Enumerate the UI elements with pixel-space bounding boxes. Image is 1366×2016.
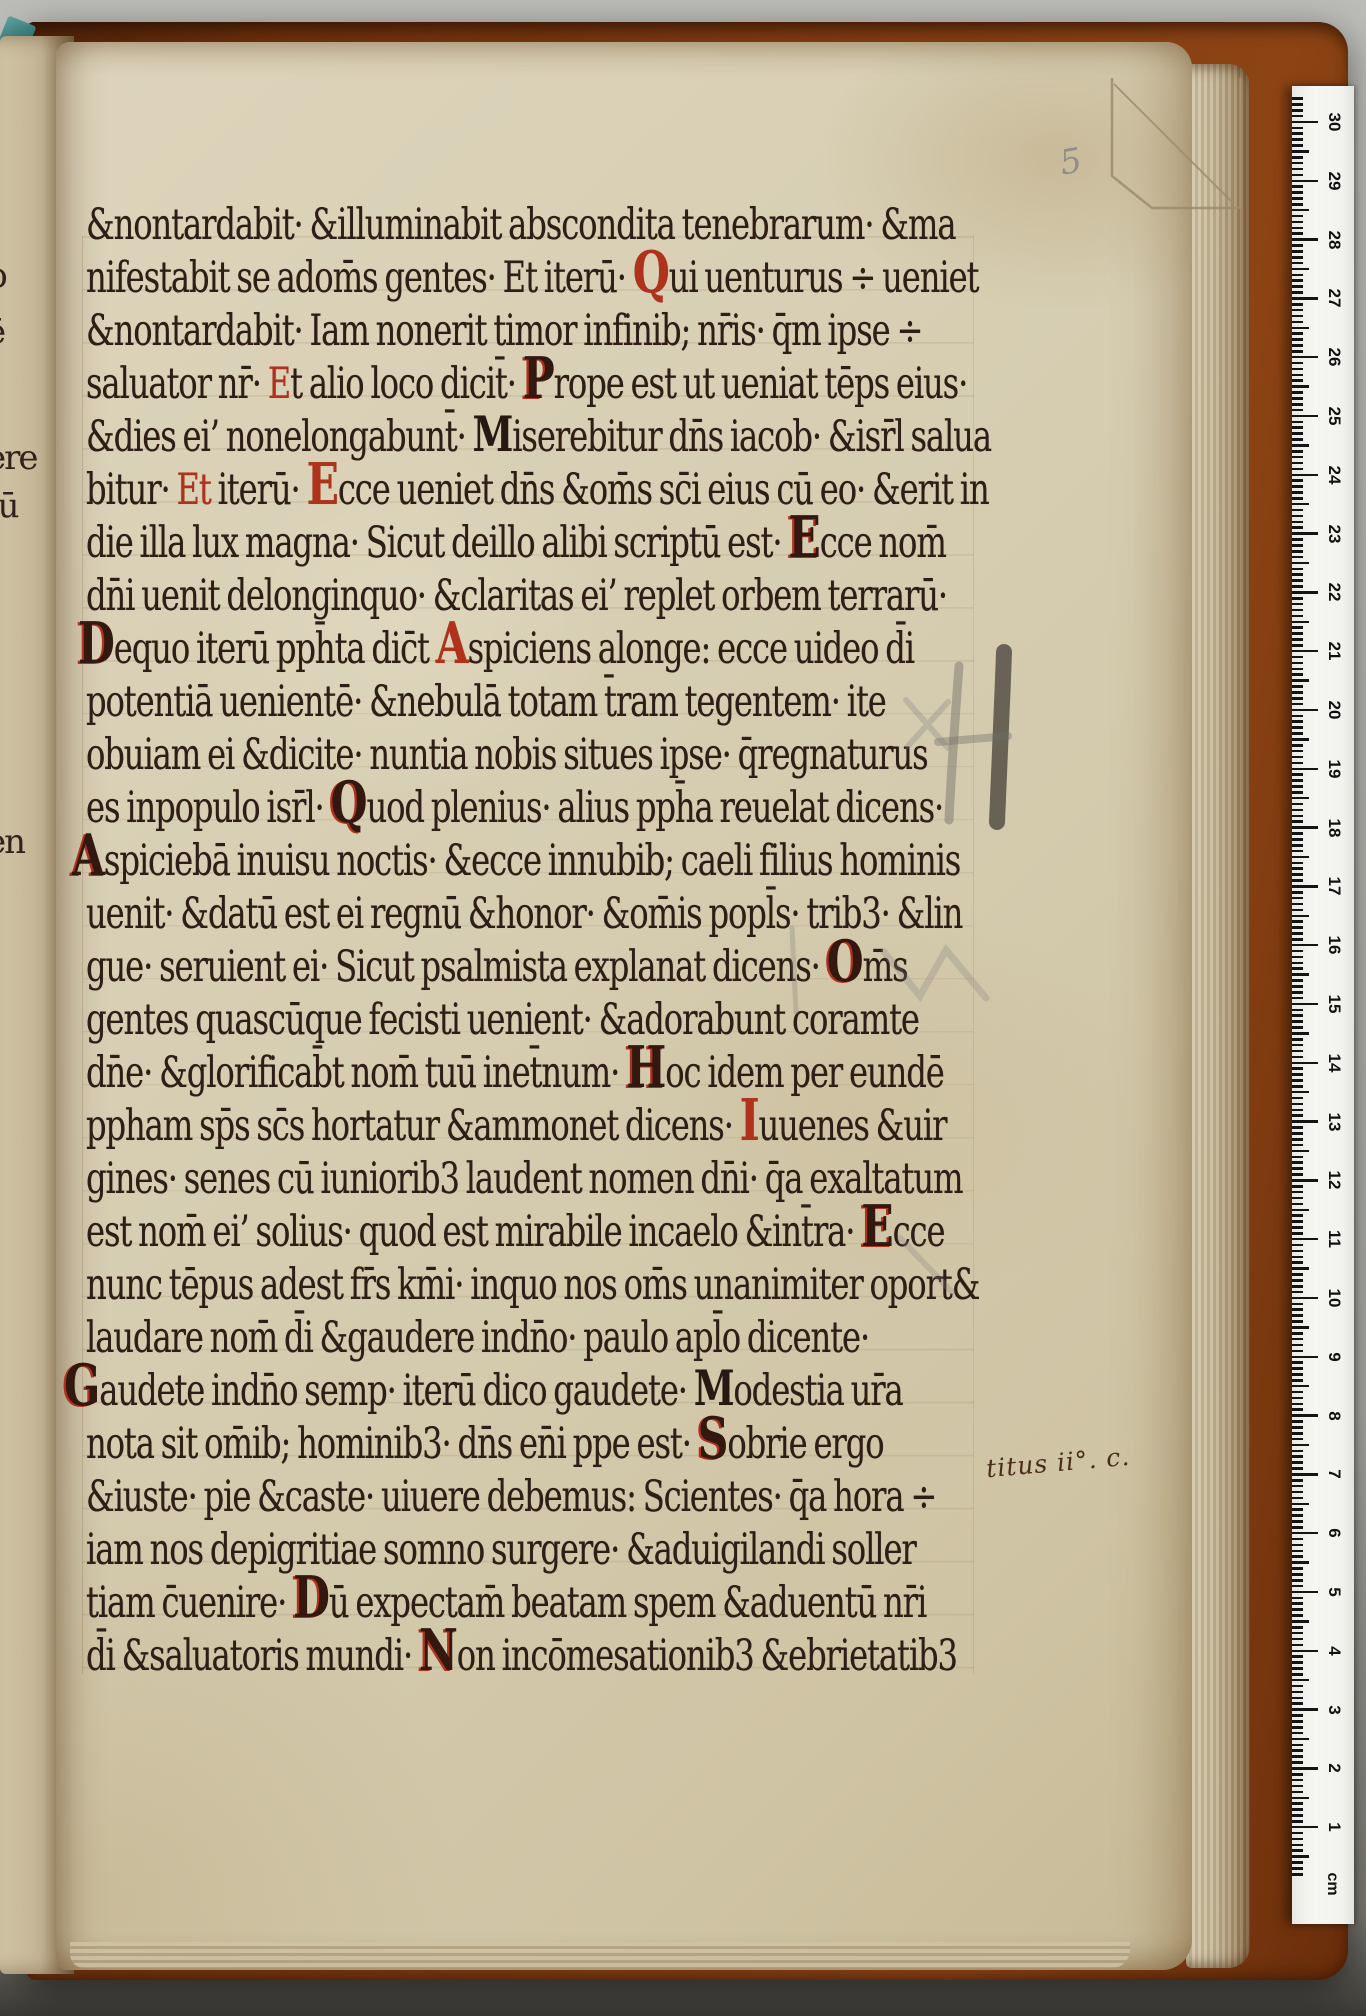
ruler-tick (1292, 1532, 1318, 1535)
ruler-tick (1292, 115, 1303, 118)
ruler-number: 14 (1323, 1050, 1345, 1076)
ruler-number: 18 (1323, 815, 1345, 841)
ruler-tick (1292, 403, 1303, 406)
text-run: die illa lux magna· Sicut deillo alibi s… (86, 518, 788, 568)
text-run: cce nom̄ (820, 518, 946, 568)
ruler-tick (1292, 379, 1303, 382)
rubricated-initial: N (419, 1618, 457, 1684)
ruler-tick (1292, 509, 1303, 512)
ruler-tick (1292, 697, 1303, 700)
ruler-tick (1292, 991, 1303, 994)
ruler-tick (1292, 97, 1303, 100)
ruler-number: 17 (1323, 873, 1345, 899)
ruler-tick (1292, 962, 1303, 965)
ruler-tick (1292, 891, 1303, 894)
ruler-tick (1292, 215, 1303, 218)
text-run: saluator nr̄· (86, 359, 268, 409)
ruler-tick (1292, 1508, 1303, 1511)
text-run: nota sit om̄ib; hominib3· dn̄s en̄i ppe … (86, 1419, 698, 1469)
rubricated-initial: E (861, 1194, 892, 1260)
ruler-tick (1292, 1232, 1303, 1235)
text-run: bitur· (86, 465, 176, 515)
ruler-tick (1292, 491, 1303, 494)
text-run: uod plenius· alius pph̄a reuelat dicens· (366, 783, 943, 833)
ruler-tick (1292, 162, 1303, 165)
ruler-tick (1292, 1738, 1309, 1741)
ruler-tick (1292, 144, 1303, 147)
ruler-number: 27 (1323, 285, 1345, 311)
ruler-number: 20 (1323, 697, 1345, 723)
ruler-number: 3 (1323, 1697, 1345, 1723)
ruler-tick (1292, 568, 1303, 571)
ruler-tick (1292, 897, 1303, 900)
text-run: tiam c̄uenire· (86, 1578, 293, 1628)
ruler-tick (1292, 638, 1303, 641)
ruler-tick (1292, 1838, 1303, 1841)
rubricated-initial: G (64, 1353, 99, 1419)
text-line: Aspiciebā inuisu noctis· &ecce innubib; … (72, 840, 960, 883)
ruler-tick (1292, 1632, 1303, 1635)
ruler-tick (1292, 1608, 1303, 1611)
ruler-tick (1292, 1191, 1303, 1194)
text-line: bitur· Et iterū· Ecce ueniet dn̄s &om̄s … (86, 469, 989, 512)
ruler-tick (1292, 197, 1303, 200)
text-run: equo iterū pph̄ta dic̄t (114, 624, 436, 674)
ruler-tick (1292, 732, 1303, 735)
ruler-tick (1292, 920, 1303, 923)
rubricated-initial: A (436, 611, 468, 677)
ruler-number: 5 (1323, 1579, 1345, 1605)
text-run: spiciens alonge: ecce uideo d̄i (468, 624, 914, 674)
ruler-tick (1292, 838, 1303, 841)
ruler-tick (1292, 1808, 1303, 1811)
text-run: ppham sp̄s sc̄s hortatur &ammonet dicens… (86, 1101, 740, 1151)
rubricated-initial: Q (331, 770, 367, 836)
ruler-tick (1292, 132, 1303, 135)
ruler-tick (1292, 1667, 1303, 1670)
ruler-tick (1292, 603, 1303, 606)
text-line: potentiā uenientē· &nebulā totam t̄ram t… (86, 681, 886, 724)
rubricated-initial: M (473, 405, 513, 463)
ruler-tick (1292, 191, 1303, 194)
ruler-tick (1292, 1761, 1303, 1764)
ruler-tick (1292, 485, 1303, 488)
ruler-tick (1292, 1444, 1309, 1447)
ruler-tick (1292, 426, 1303, 429)
ruler-tick (1292, 1414, 1318, 1417)
ruler-number: 25 (1323, 403, 1345, 429)
ruler-tick (1292, 185, 1303, 188)
text-run: d̄i &saluatoris mundi· (86, 1631, 419, 1681)
ruler-tick (1292, 1367, 1303, 1370)
ruler-tick (1292, 779, 1303, 782)
ruler-tick (1292, 1179, 1318, 1182)
ruler-tick (1292, 726, 1303, 729)
ruler-tick (1292, 268, 1309, 271)
ruler-tick (1292, 903, 1303, 906)
ruler-tick (1292, 1120, 1318, 1123)
ruler-tick (1292, 1026, 1303, 1029)
ruler-tick (1292, 274, 1303, 277)
ruler-tick (1292, 297, 1318, 300)
text-run: &nontardabit· &illuminabit abscondita te… (86, 200, 955, 250)
ruler-tick (1292, 1361, 1303, 1364)
text-run: gines· senes cū iuniorib3 laudent nomen … (86, 1154, 962, 1204)
ruler-tick (1292, 579, 1303, 582)
text-line: &iuste· pie &caste· uiuere debemus: Scie… (86, 1476, 936, 1519)
ruler-tick (1292, 768, 1318, 771)
ruler-tick (1292, 744, 1303, 747)
ruler-tick (1292, 1497, 1303, 1500)
ruler-tick (1292, 256, 1303, 259)
ruler-tick (1292, 979, 1303, 982)
ruler-tick (1292, 856, 1309, 859)
ruler-tick (1292, 1244, 1303, 1247)
ruler-tick (1292, 1014, 1303, 1017)
ruler-tick (1292, 956, 1303, 959)
ruler-tick (1292, 668, 1303, 671)
ruler-tick (1292, 285, 1303, 288)
ruler-tick (1292, 1820, 1303, 1823)
text-line: Gaudete indn̄o semp· iterū dico gaudete·… (64, 1370, 903, 1413)
ruler-number: 26 (1323, 344, 1345, 370)
ruler-tick (1292, 1485, 1303, 1488)
ruler-tick (1292, 1573, 1303, 1576)
ruler-tick (1292, 885, 1318, 888)
ruler-tick (1292, 1597, 1303, 1600)
ruler-number: 10 (1323, 1285, 1345, 1311)
ruler-tick (1292, 756, 1303, 759)
ruler-tick (1292, 238, 1318, 241)
ruler-tick (1292, 1744, 1303, 1747)
ruler-tick (1292, 1161, 1303, 1164)
ruler-number: 22 (1323, 579, 1345, 605)
ruler-tick (1292, 450, 1303, 453)
ruler-tick (1292, 1144, 1303, 1147)
ruler-tick (1292, 1538, 1303, 1541)
text-line: dn̄i uenit delonginquo· &claritas ei’ re… (86, 575, 947, 618)
ruler-tick (1292, 1661, 1303, 1664)
ruler-tick (1292, 532, 1318, 535)
ruler-tick (1292, 1085, 1303, 1088)
ruler-tick (1292, 368, 1303, 371)
ruler-tick (1292, 1403, 1303, 1406)
ruler-tick (1292, 103, 1303, 106)
ruler-tick (1292, 1338, 1303, 1341)
ruler-tick (1292, 374, 1303, 377)
ruler-tick (1292, 1132, 1303, 1135)
text-run: cce ueniet dn̄s &om̄s sc̄i eius cū eo· &… (338, 465, 989, 515)
text-run: &iuste· pie &caste· uiuere debemus: Scie… (86, 1472, 936, 1522)
text-line: iam nos depigritiae somno surgere· &adui… (86, 1529, 916, 1572)
text-line: obuiam ei &dicite· nuntia nobis situes i… (86, 734, 928, 777)
ruler-tick (1292, 1461, 1303, 1464)
ruler-tick (1292, 1679, 1309, 1682)
rubricated-initial: H (626, 1035, 665, 1101)
ruler-tick (1292, 562, 1309, 565)
ruler-tick (1292, 1203, 1303, 1206)
ruler-tick (1292, 1791, 1303, 1794)
ruler-tick (1292, 1673, 1303, 1676)
ruler-tick (1292, 1408, 1303, 1411)
text-run: obrie ergo (727, 1419, 883, 1469)
ruler-tick (1292, 209, 1309, 212)
ruler-tick (1292, 879, 1303, 882)
ruler-number: 29 (1323, 168, 1345, 194)
ruler-tick (1292, 1220, 1303, 1223)
ruler-tick (1292, 1197, 1303, 1200)
ruler-number: 11 (1323, 1226, 1345, 1252)
ruler-tick (1292, 820, 1303, 823)
rubricated-initial: D (78, 611, 114, 677)
ruler-tick (1292, 279, 1303, 282)
ruler-tick (1292, 544, 1303, 547)
ruler-tick (1292, 356, 1318, 359)
ruler-tick (1292, 1238, 1318, 1241)
ruler-tick (1292, 1226, 1303, 1229)
rubricated-initial: D (293, 1565, 329, 1631)
ruler-tick (1292, 327, 1309, 330)
ruler-tick (1292, 1867, 1303, 1870)
ruler-tick (1292, 1067, 1303, 1070)
ruler-tick (1292, 1697, 1303, 1700)
ruler-tick (1292, 1150, 1309, 1153)
ruler-tick (1292, 174, 1303, 177)
ruler-tick (1292, 867, 1303, 870)
text-run: audete indn̄o semp· iterū dico gaudete· (99, 1366, 694, 1416)
ruler-tick (1292, 203, 1303, 206)
ruler-tick (1292, 1773, 1303, 1776)
ruler-tick (1292, 1126, 1303, 1129)
ruler-tick (1292, 1344, 1303, 1347)
ruler-tick (1292, 1591, 1318, 1594)
ruler-tick (1292, 621, 1309, 624)
text-run: nifestabit se adom̄s gentes· Et iterū· (86, 253, 633, 303)
text-run: laudare nom̄ d̄i &gaudere indn̄o· paulo … (86, 1313, 869, 1363)
ruler-tick (1292, 985, 1303, 988)
ruler-tick (1292, 1050, 1303, 1053)
text-run: obuiam ei &dicite· nuntia nobis situes i… (86, 730, 928, 780)
ruler-tick (1292, 1620, 1309, 1623)
ruler-tick (1292, 944, 1318, 947)
rubricated-initial: S (698, 1406, 728, 1472)
ruler-tick (1292, 168, 1303, 171)
ruler-tick (1292, 1009, 1303, 1012)
text-line: ppham sp̄s sc̄s hortatur &ammonet dicens… (86, 1105, 946, 1148)
ruler-tick (1292, 585, 1303, 588)
ruler-tick (1292, 121, 1318, 124)
ruler-tick (1292, 815, 1303, 818)
ruler-tick (1292, 1561, 1309, 1564)
ruler-number: 23 (1323, 521, 1345, 547)
ruler-tick (1292, 1708, 1318, 1711)
ruler-tick (1292, 973, 1309, 976)
ruler-tick (1292, 1373, 1303, 1376)
ruler-tick (1292, 1267, 1309, 1270)
ruler-tick (1292, 1114, 1303, 1117)
ruler-tick (1292, 1397, 1303, 1400)
ruler-tick (1292, 497, 1303, 500)
ruler-tick (1292, 1844, 1303, 1847)
ruler-tick (1292, 1638, 1303, 1641)
ruler-tick (1292, 550, 1303, 553)
rubricated-initial: O (827, 929, 863, 995)
ruler-tick (1292, 915, 1309, 918)
text-run: uuenes &uir (759, 1101, 947, 1151)
ruler-tick (1292, 1526, 1303, 1529)
ruler-tick (1292, 1585, 1303, 1588)
text-line: nota sit om̄ib; hominib3· dn̄s en̄i ppe … (86, 1423, 884, 1466)
ruler-tick (1292, 1279, 1303, 1282)
ruler-tick (1292, 650, 1318, 653)
text-run: es inpopulo isr̄l· (86, 783, 331, 833)
text-block: &nontardabit· &illuminabit abscondita te… (0, 0, 1366, 2016)
rubricated-initial: E (788, 505, 819, 571)
ruler-tick (1292, 1514, 1303, 1517)
text-line: die illa lux magna· Sicut deillo alibi s… (86, 522, 946, 565)
ruler-tick (1292, 1467, 1303, 1470)
rubricated-initial: E (268, 359, 290, 409)
text-line: laudare nom̄ d̄i &gaudere indn̄o· paulo … (86, 1317, 869, 1360)
text-run: spiciebā inuisu noctis· &ecce innubib; c… (104, 836, 960, 886)
text-run: ui uenturus ÷ ueniet (669, 253, 979, 303)
text-line: d̄i &saluatoris mundi· Non incōmesationi… (86, 1635, 957, 1678)
ruler-tick (1292, 1785, 1303, 1788)
ruler-tick (1292, 632, 1303, 635)
ruler-tick (1292, 1567, 1303, 1570)
ruler-tick (1292, 397, 1303, 400)
text-run: m̄s (863, 942, 908, 992)
ruler-tick (1292, 1832, 1303, 1835)
text-line: gue· seruient ei· Sicut psalmista explan… (86, 946, 907, 989)
text-line: nunc tēpus adest fr̄s km̄i· inquo nos om… (86, 1264, 979, 1307)
ruler-number: 9 (1323, 1344, 1345, 1370)
ruler-tick (1292, 1326, 1309, 1329)
text-line: gentes quascūque fecisti uenient· &adora… (86, 999, 919, 1042)
ruler-tick (1292, 750, 1303, 753)
ruler-tick (1292, 1602, 1303, 1605)
ruler-tick (1292, 474, 1318, 477)
text-run: cce (893, 1207, 945, 1257)
ruler-tick (1292, 1285, 1303, 1288)
ruler-tick (1292, 950, 1303, 953)
ruler-tick (1292, 873, 1303, 876)
ruler-tick (1292, 350, 1303, 353)
ruler-tick (1292, 1173, 1303, 1176)
ruler-number: 6 (1323, 1520, 1345, 1546)
ruler-number: 12 (1323, 1167, 1345, 1193)
manuscript-photo: pēeretūen &nontardabit· &illuminabit abs… (0, 0, 1366, 2016)
ruler-tick (1292, 262, 1303, 265)
ruler-tick (1292, 1261, 1303, 1264)
text-run: &dies ei’ nonelongabunt̄· (86, 412, 473, 462)
ruler-tick (1292, 844, 1303, 847)
ruler-tick (1292, 832, 1303, 835)
ruler-tick (1292, 1873, 1303, 1876)
ruler-tick (1292, 526, 1303, 529)
ruler-tick (1292, 967, 1303, 970)
ruler-tick (1292, 250, 1303, 253)
rubricated-initial: Q (633, 240, 669, 306)
text-line: &nontardabit· Iam nonerit timor infinib;… (86, 310, 922, 353)
ruler-tick (1292, 1038, 1303, 1041)
text-run: gentes quascūque fecisti uenient· &adora… (86, 995, 919, 1045)
ruler-tick (1292, 1426, 1303, 1429)
ruler-tick (1292, 1555, 1303, 1558)
ruler-tick (1292, 1491, 1303, 1494)
ruler-tick (1292, 644, 1303, 647)
ruler-tick (1292, 609, 1303, 612)
ruler-number: 24 (1323, 462, 1345, 488)
ruler-tick (1292, 309, 1303, 312)
ruler-tick (1292, 1073, 1303, 1076)
ruler-tick (1292, 1350, 1303, 1353)
text-line: es inpopulo isr̄l· Quod plenius· alius p… (86, 787, 943, 830)
ruler-tick (1292, 1450, 1303, 1453)
ruler-tick (1292, 1308, 1303, 1311)
ruler-tick (1292, 1291, 1303, 1294)
rubricated-initial: P (523, 346, 554, 412)
ruler-tick (1292, 421, 1303, 424)
text-line: tiam c̄uenire· Dū expectam̄ beatam spem … (86, 1582, 926, 1625)
ruler-tick (1292, 1167, 1303, 1170)
ruler-tick (1292, 462, 1303, 465)
ruler-tick (1292, 1385, 1309, 1388)
ruler-tick (1292, 556, 1303, 559)
ruler-tick (1292, 1749, 1303, 1752)
ruler-tick (1292, 1550, 1303, 1553)
ruler-tick (1292, 1256, 1303, 1259)
ruler-tick (1292, 444, 1309, 447)
ruler-tick (1292, 1103, 1303, 1106)
ruler-tick (1292, 391, 1303, 394)
text-run: t alio loco dicit̄· (290, 359, 523, 409)
text-line: &dies ei’ nonelongabunt̄· Miserebitur dn… (86, 416, 991, 459)
ruler-tick (1292, 926, 1303, 929)
ruler-number: 16 (1323, 932, 1345, 958)
ruler-tick (1292, 785, 1303, 788)
ruler-tick (1292, 1138, 1303, 1141)
ruler-tick (1292, 468, 1303, 471)
ruler-tick (1292, 997, 1303, 1000)
ruler-tick (1292, 479, 1303, 482)
ruler-tick (1292, 138, 1303, 141)
ruler-tick (1292, 1520, 1303, 1523)
text-run: dn̄e· &glorificab̄t nom̄ tuū inet̄num· (86, 1048, 626, 1098)
ruler-tick (1292, 227, 1303, 230)
ruler-tick (1292, 715, 1303, 718)
ruler-tick (1292, 673, 1303, 676)
text-line: Dequo iterū pph̄ta dic̄t Aspiciens along… (78, 628, 914, 671)
ruler-tick (1292, 1814, 1303, 1817)
ruler-tick (1292, 591, 1318, 594)
ruler-tick (1292, 1303, 1303, 1306)
ruler-tick (1292, 1391, 1303, 1394)
ruler-tick (1292, 1797, 1309, 1800)
ruler-tick (1292, 315, 1303, 318)
ruler-tick (1292, 850, 1303, 853)
ruler-tick (1292, 1003, 1318, 1006)
ruler-tick (1292, 338, 1303, 341)
ruler-tick (1292, 1714, 1303, 1717)
text-line: est nom̄ ei’ solius· quod est mirabile i… (86, 1211, 944, 1254)
ruler-tick (1292, 597, 1303, 600)
ruler-tick (1292, 791, 1303, 794)
text-line: gines· senes cū iuniorib3 laudent nomen … (86, 1158, 962, 1201)
rubricated-initial: I (740, 1088, 759, 1154)
ruler-number: 21 (1323, 638, 1345, 664)
ruler-tick (1292, 615, 1303, 618)
